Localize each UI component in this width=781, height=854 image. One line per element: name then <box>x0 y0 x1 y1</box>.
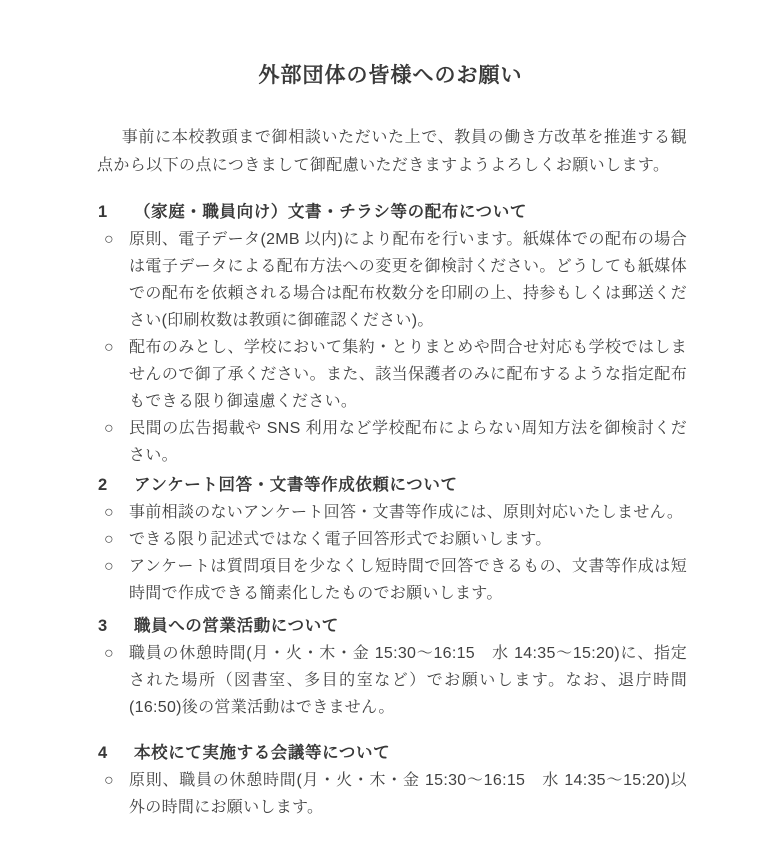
list-item-text: アンケートは質問項目を少なくし短時間で回答できるもの、文書等作成は短時間で作成で… <box>129 558 687 602</box>
list-item: ○ 原則、電子データ(2MB 以内)により配布を行います。紙媒体での配布の場合は… <box>96 226 687 334</box>
section-surveys: 2 アンケート回答・文書等作成依頼について ○ 事前相談のないアンケート回答・文… <box>96 472 687 607</box>
bullet-list: ○ 原則、職員の休憩時間(月・火・木・金 15:30～16:15 水 14:35… <box>96 767 687 821</box>
bullet-list: ○ 原則、電子データ(2MB 以内)により配布を行います。紙媒体での配布の場合は… <box>96 226 687 469</box>
circle-bullet-icon: ○ <box>104 767 114 794</box>
list-item-text: できる限り記述式ではなく電子回答形式でお願いします。 <box>129 531 552 548</box>
list-item-text: 事前相談のないアンケート回答・文書等作成には、原則対応いたしません。 <box>129 504 683 521</box>
list-item-text: 職員の休憩時間(月・火・木・金 15:30～16:15 水 14:35～15:2… <box>129 645 687 716</box>
circle-bullet-icon: ○ <box>104 499 114 526</box>
list-item-text: 原則、職員の休憩時間(月・火・木・金 15:30～16:15 水 14:35～1… <box>129 772 687 816</box>
section-heading: 2 アンケート回答・文書等作成依頼について <box>96 472 687 499</box>
circle-bullet-icon: ○ <box>104 415 114 442</box>
list-item: ○ 職員の休憩時間(月・火・木・金 15:30～16:15 水 14:35～15… <box>96 640 687 721</box>
section-meetings: 4 本校にて実施する会議等について ○ 原則、職員の休憩時間(月・火・木・金 1… <box>96 740 687 821</box>
circle-bullet-icon: ○ <box>104 226 114 253</box>
intro-paragraph: 事前に本校教頭まで御相談いただいた上で、教員の働き方改革を推進する観点から以下の… <box>97 124 687 180</box>
section-number: 2 <box>96 472 134 499</box>
circle-bullet-icon: ○ <box>104 553 114 580</box>
section-heading-text: アンケート回答・文書等作成依頼について <box>134 472 458 499</box>
list-item: ○ 原則、職員の休憩時間(月・火・木・金 15:30～16:15 水 14:35… <box>96 767 687 821</box>
list-item-text: 原則、電子データ(2MB 以内)により配布を行います。紙媒体での配布の場合は電子… <box>129 231 687 329</box>
section-heading-text: 職員への営業活動について <box>134 613 339 640</box>
section-distribution: 1 （家庭・職員向け）文書・チラシ等の配布について ○ 原則、電子データ(2MB… <box>96 199 687 469</box>
list-item-text: 民間の広告掲載や SNS 利用など学校配布によらない周知方法を御検討ください。 <box>129 420 687 464</box>
section-sales-activity: 3 職員への営業活動について ○ 職員の休憩時間(月・火・木・金 15:30～1… <box>96 613 687 721</box>
list-item: ○ できる限り記述式ではなく電子回答形式でお願いします。 <box>96 526 687 553</box>
section-number: 4 <box>96 740 134 767</box>
bullet-list: ○ 事前相談のないアンケート回答・文書等作成には、原則対応いたしません。 ○ で… <box>96 499 687 607</box>
circle-bullet-icon: ○ <box>104 526 114 553</box>
section-heading-text: 本校にて実施する会議等について <box>134 740 390 767</box>
list-item-text: 配布のみとし、学校において集約・とりまとめや問合せ対応も学校ではしませんので御了… <box>129 339 687 410</box>
section-number: 1 <box>96 199 134 226</box>
list-item: ○ 配布のみとし、学校において集約・とりまとめや問合せ対応も学校ではしませんので… <box>96 334 687 415</box>
section-number: 3 <box>96 613 134 640</box>
bullet-list: ○ 職員の休憩時間(月・火・木・金 15:30～16:15 水 14:35～15… <box>96 640 687 721</box>
section-heading: 1 （家庭・職員向け）文書・チラシ等の配布について <box>96 199 687 226</box>
document-title: 外部団体の皆様へのお願い <box>0 62 781 90</box>
section-heading: 3 職員への営業活動について <box>96 613 687 640</box>
sections-container: 1 （家庭・職員向け）文書・チラシ等の配布について ○ 原則、電子データ(2MB… <box>96 199 687 821</box>
list-item: ○ アンケートは質問項目を少なくし短時間で回答できるもの、文書等作成は短時間で作… <box>96 553 687 607</box>
list-item: ○ 民間の広告掲載や SNS 利用など学校配布によらない周知方法を御検討ください… <box>96 415 687 469</box>
list-item: ○ 事前相談のないアンケート回答・文書等作成には、原則対応いたしません。 <box>96 499 687 526</box>
document-page: 外部団体の皆様へのお願い 事前に本校教頭まで御相談いただいた上で、教員の働き方改… <box>0 0 781 854</box>
circle-bullet-icon: ○ <box>104 334 114 361</box>
section-heading: 4 本校にて実施する会議等について <box>96 740 687 767</box>
circle-bullet-icon: ○ <box>104 640 114 667</box>
section-heading-text: （家庭・職員向け）文書・チラシ等の配布について <box>134 199 527 226</box>
